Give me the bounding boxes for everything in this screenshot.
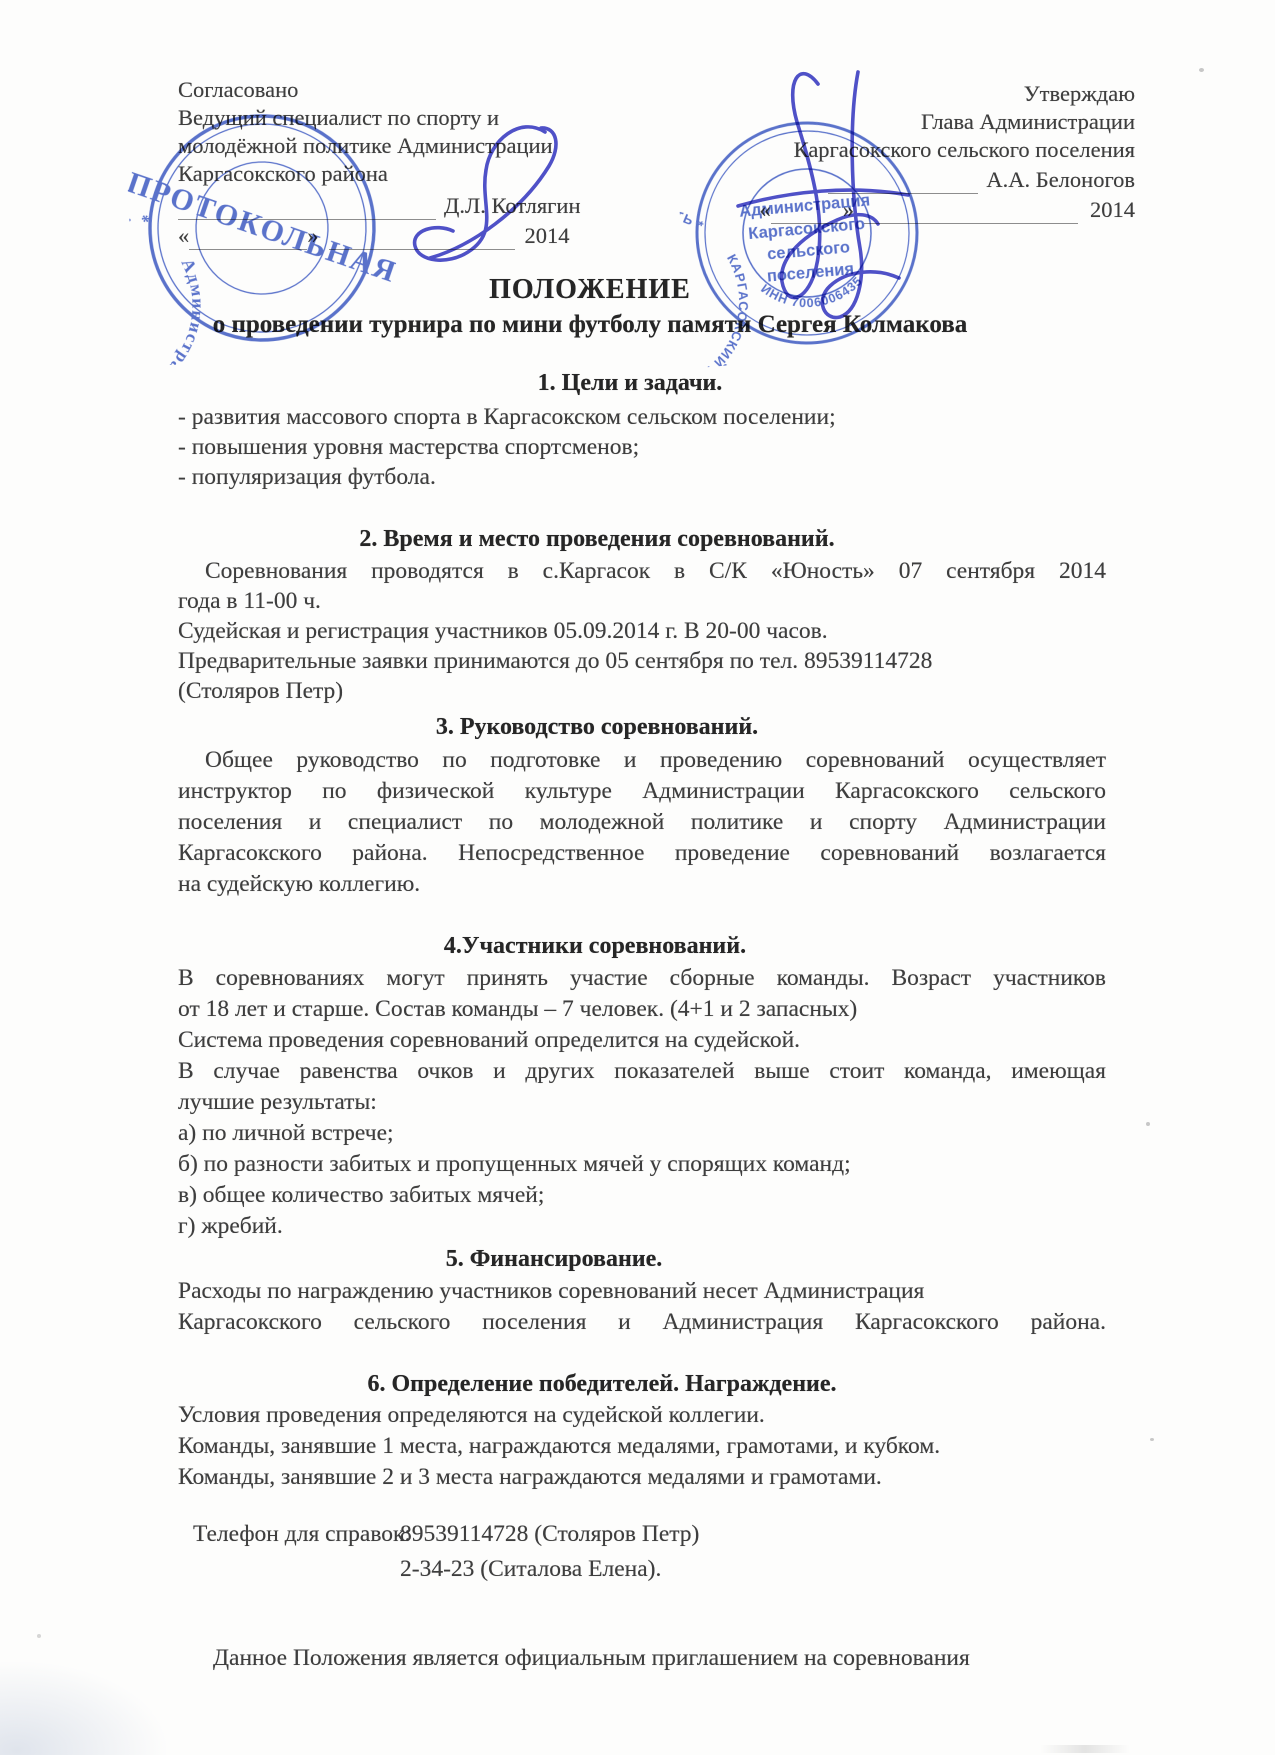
body-line: (Столяров Петр) xyxy=(178,676,1106,706)
body-line: Каргасокского сельского поселения и Адми… xyxy=(178,1307,1106,1338)
year: 2014 xyxy=(525,222,570,250)
section-body-3: Общее руководство по подготовке и провед… xyxy=(178,745,1106,900)
body-line: от 18 лет и старше. Состав команды – 7 ч… xyxy=(178,994,1106,1025)
body-line: В случае равенства очков и других показа… xyxy=(178,1056,1106,1087)
round-stamp-right-graphic: КАРГАСОКСКИЙ РАЙОН ОГРН 1057000434765 * … xyxy=(672,98,943,369)
body-line: инструктор по физической культуре Админи… xyxy=(178,776,1106,807)
section-body-1: - развития массового спорта в Каргасокск… xyxy=(178,402,1106,492)
scan-speck xyxy=(1199,68,1204,72)
body-line: поселения и специалист по молодежной пол… xyxy=(178,807,1106,838)
body-line: Судейская и регистрация участников 05.09… xyxy=(178,616,1106,646)
scan-speck xyxy=(37,1634,41,1638)
section-body-4: В соревнованиях могут принять участие сб… xyxy=(178,963,1106,1242)
signee-name: А.А. Белоногов xyxy=(986,166,1135,194)
section-heading-4: 4.Участники соревнований. xyxy=(178,931,1012,961)
signee-name: Д.Л. Котлягин xyxy=(444,192,580,220)
body-line: Условия проведения определяются на судей… xyxy=(178,1400,1106,1431)
body-line: Система проведения соревнований определи… xyxy=(178,1025,1106,1056)
section-heading-3: 3. Руководство соревнований. xyxy=(178,712,1016,742)
body-line: Расходы по награждению участников соревн… xyxy=(178,1276,1106,1307)
section-heading-5: 5. Финансирование. xyxy=(178,1244,930,1274)
body-line: Предварительные заявки принимаются до 05… xyxy=(178,646,1106,676)
section-heading-1: 1. Цели и задачи. xyxy=(178,368,1082,398)
body-line: года в 11-00 ч. xyxy=(178,586,1106,616)
contact-phone-1: 89539114728 (Столяров Петр) xyxy=(400,1521,699,1548)
scan-speck xyxy=(1150,1438,1154,1441)
section-body-5: Расходы по награждению участников соревн… xyxy=(178,1276,1106,1338)
body-line: - повышения уровня мастерства спортсмено… xyxy=(178,432,1106,462)
round-stamp-left: Администрация Каргасокского района Томск… xyxy=(123,89,400,366)
body-line: - развития массового спорта в Каргасокск… xyxy=(178,402,1106,432)
body-line: б) по разности забитых и пропущенных мяч… xyxy=(178,1149,1106,1180)
body-line: на судейскую коллегию. xyxy=(178,869,1106,900)
stamp-right-center-line: сельского xyxy=(766,238,850,263)
section-body-6: Условия проведения определяются на судей… xyxy=(178,1400,1106,1493)
round-stamp-right: КАРГАСОКСКИЙ РАЙОН ОГРН 1057000434765 * … xyxy=(672,98,943,369)
approving-label: Утверждаю xyxy=(760,80,1136,108)
body-line: г) жребий. xyxy=(178,1211,1106,1242)
footer-note: Данное Положения является официальным пр… xyxy=(213,1645,970,1672)
body-line: а) по личной встрече; xyxy=(178,1118,1106,1149)
year: 2014 xyxy=(1090,196,1135,224)
stamp-right-center-line: поселения xyxy=(766,260,855,286)
contact-label: Телефон для справок: xyxy=(193,1521,411,1548)
body-line: Соревнования проводятся в с.Каргасок в С… xyxy=(178,556,1106,586)
body-line: Команды, занявшие 2 и 3 места награждают… xyxy=(178,1462,1106,1493)
scanned-document-page: Согласовано Ведущий специалист по спорту… xyxy=(0,0,1275,1755)
stamp-left-diagonal-text: ПРОТОКОЛЬНАЯ xyxy=(123,166,400,289)
section-heading-2: 2. Время и место проведения соревнований… xyxy=(178,524,1016,554)
body-line: В соревнованиях могут принять участие сб… xyxy=(178,963,1106,994)
body-line: в) общее количество забитых мячей; xyxy=(178,1180,1106,1211)
section-body-2: Соревнования проводятся в с.Каргасок в С… xyxy=(178,556,1106,706)
body-line: Общее руководство по подготовке и провед… xyxy=(178,745,1106,776)
scan-smudge xyxy=(0,1660,170,1755)
body-line: Команды, занявшие 1 места, награждаются … xyxy=(178,1431,1106,1462)
body-line: - популяризация футбола. xyxy=(178,462,1106,492)
scan-speck xyxy=(1146,1122,1150,1126)
contact-phone-2: 2-34-23 (Ситалова Елена). xyxy=(400,1556,661,1583)
round-stamp-left-graphic: Администрация Каргасокского района Томск… xyxy=(123,89,400,366)
body-line: Каргасокского района. Непосредственное п… xyxy=(178,838,1106,869)
scan-smudge xyxy=(1040,1745,1130,1753)
section-heading-6: 6. Определение победителей. Награждение. xyxy=(178,1369,1026,1399)
body-line: лучшие результаты: xyxy=(178,1087,1106,1118)
